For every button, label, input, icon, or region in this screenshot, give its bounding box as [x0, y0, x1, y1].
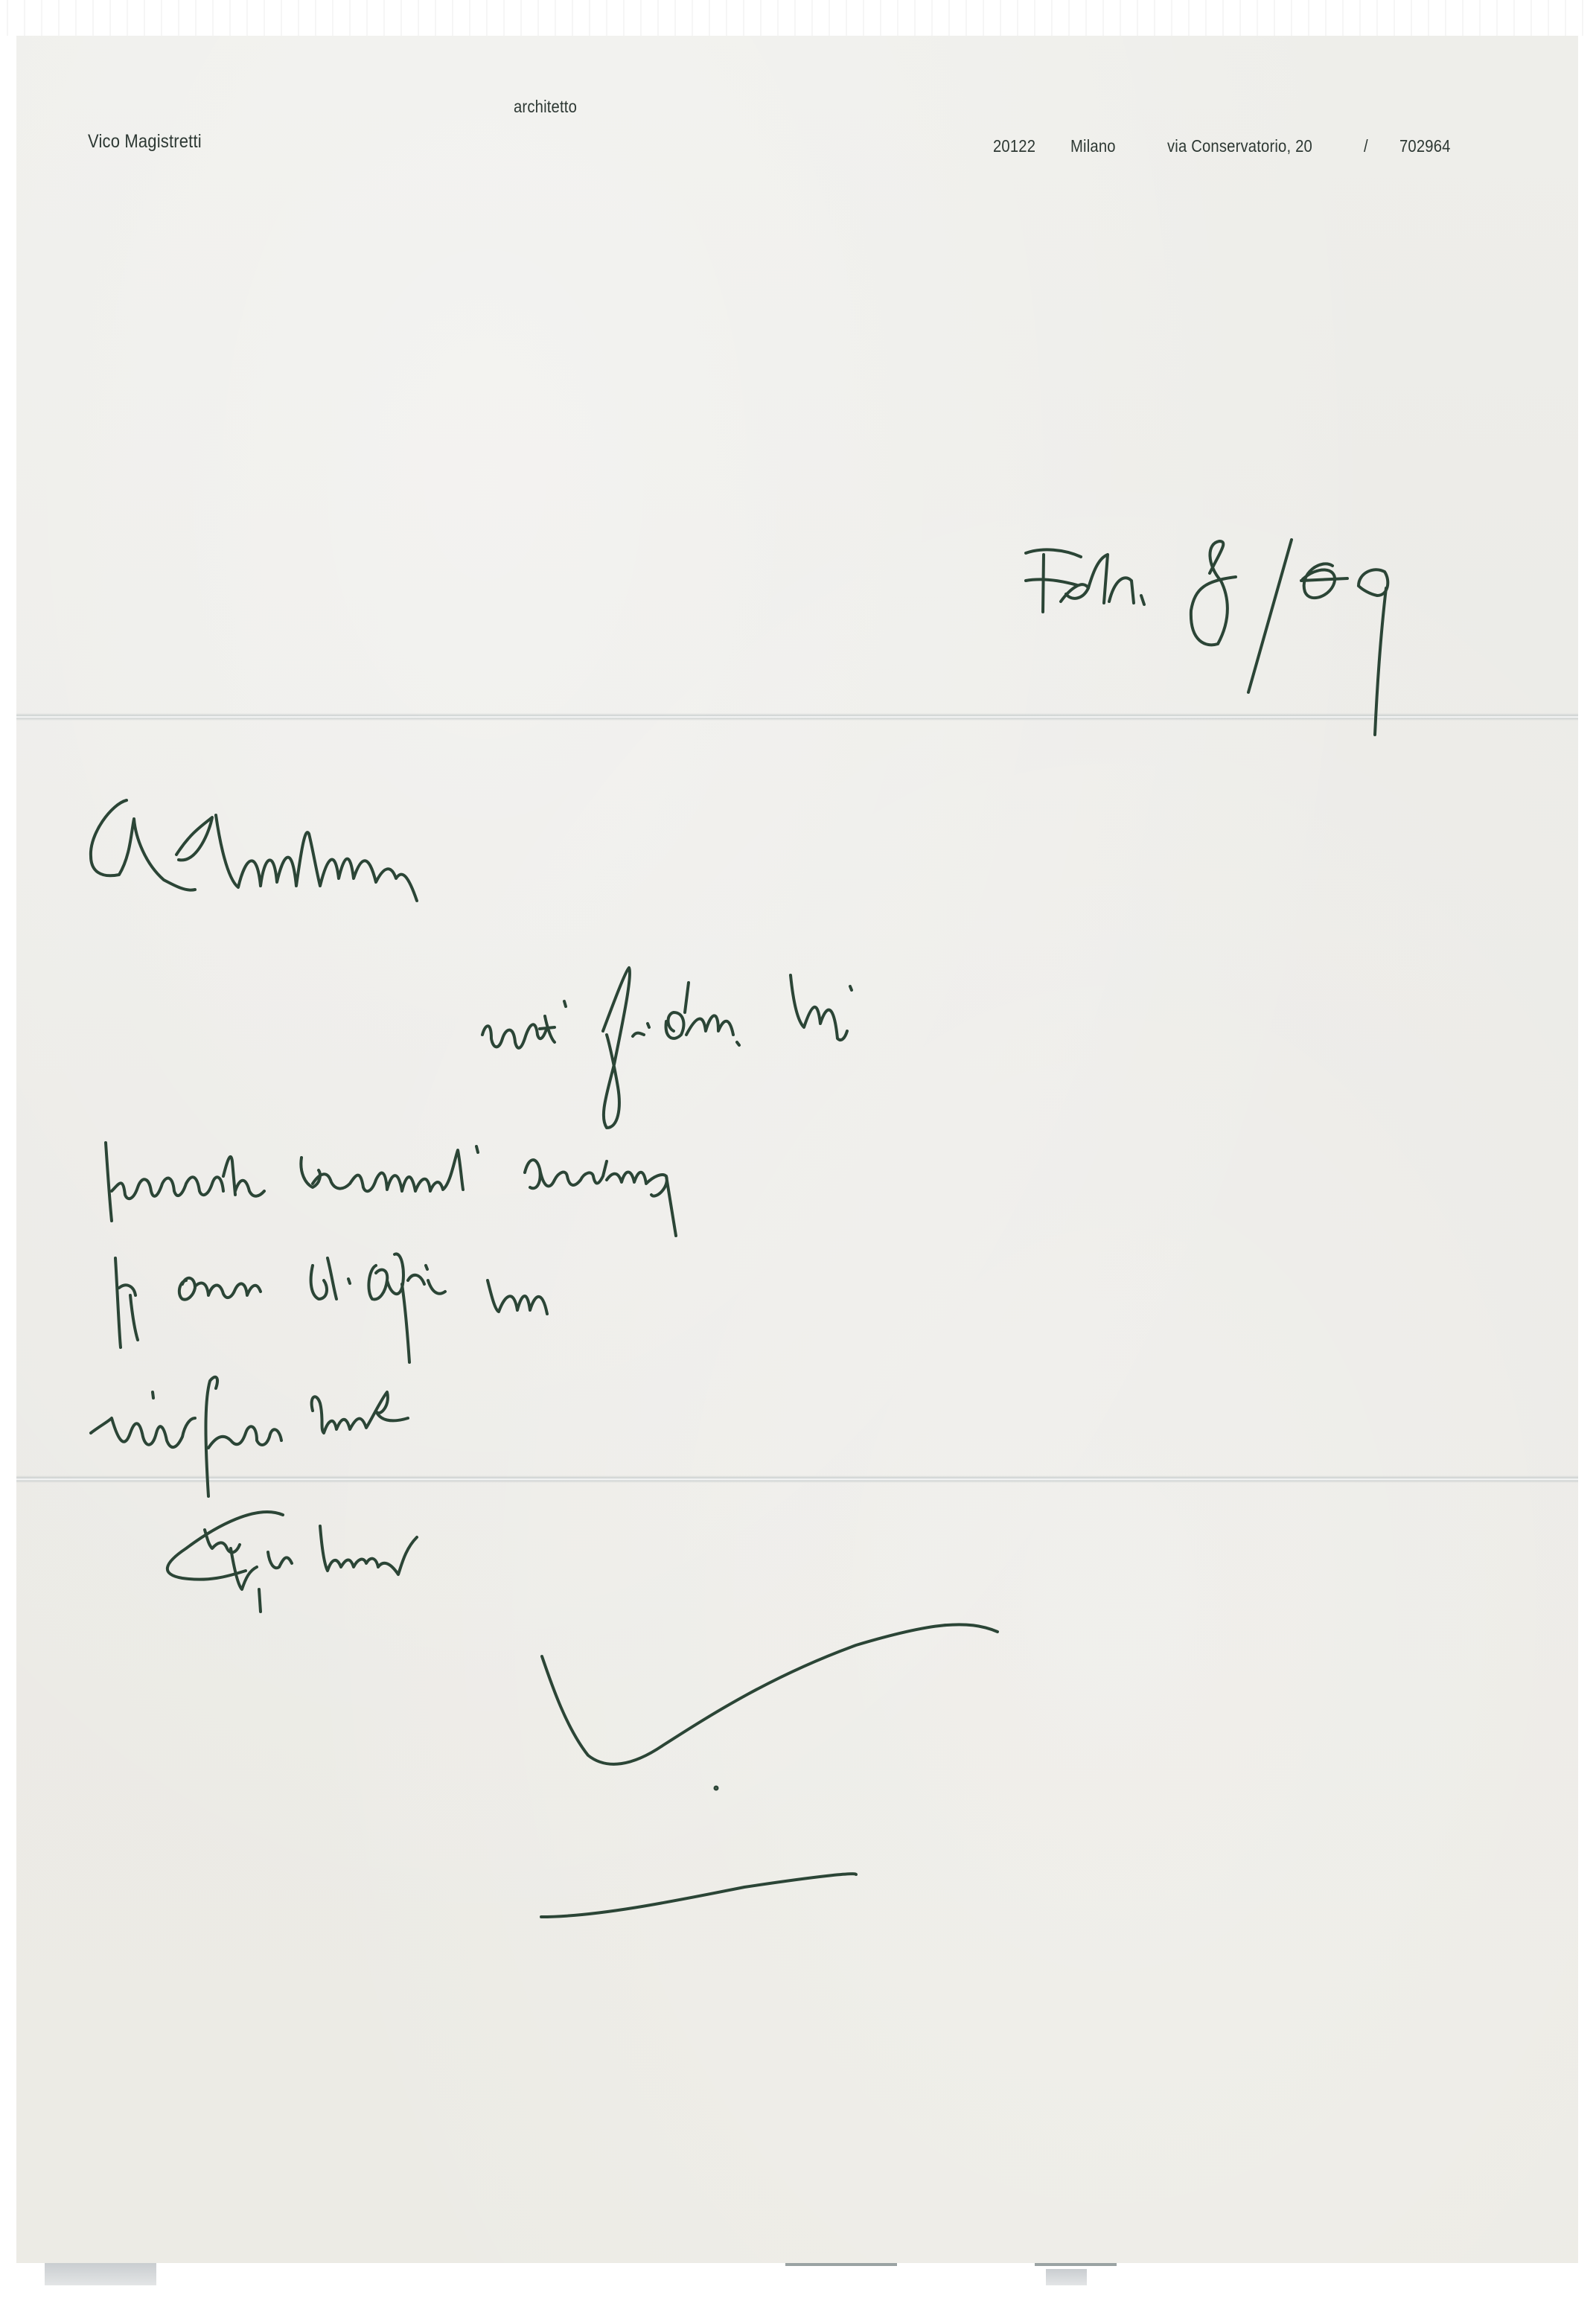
- letterhead-city: Milano: [1070, 136, 1116, 156]
- letter-paper: [16, 36, 1578, 2263]
- fold-line-upper: [16, 713, 1578, 721]
- letterhead-separator: /: [1364, 136, 1368, 156]
- scan-edge-top: [0, 0, 1596, 36]
- letterhead-name: Vico Magistretti: [88, 131, 202, 153]
- fold-line-lower: [16, 1475, 1578, 1483]
- letterhead-profession: architetto: [514, 97, 577, 117]
- letterhead-postal-code: 20122: [993, 136, 1035, 156]
- letterhead-phone: 702964: [1399, 136, 1451, 156]
- letterhead-street: via Conservatorio, 20: [1167, 136, 1312, 156]
- scan-edge-bottom: [0, 2263, 1596, 2301]
